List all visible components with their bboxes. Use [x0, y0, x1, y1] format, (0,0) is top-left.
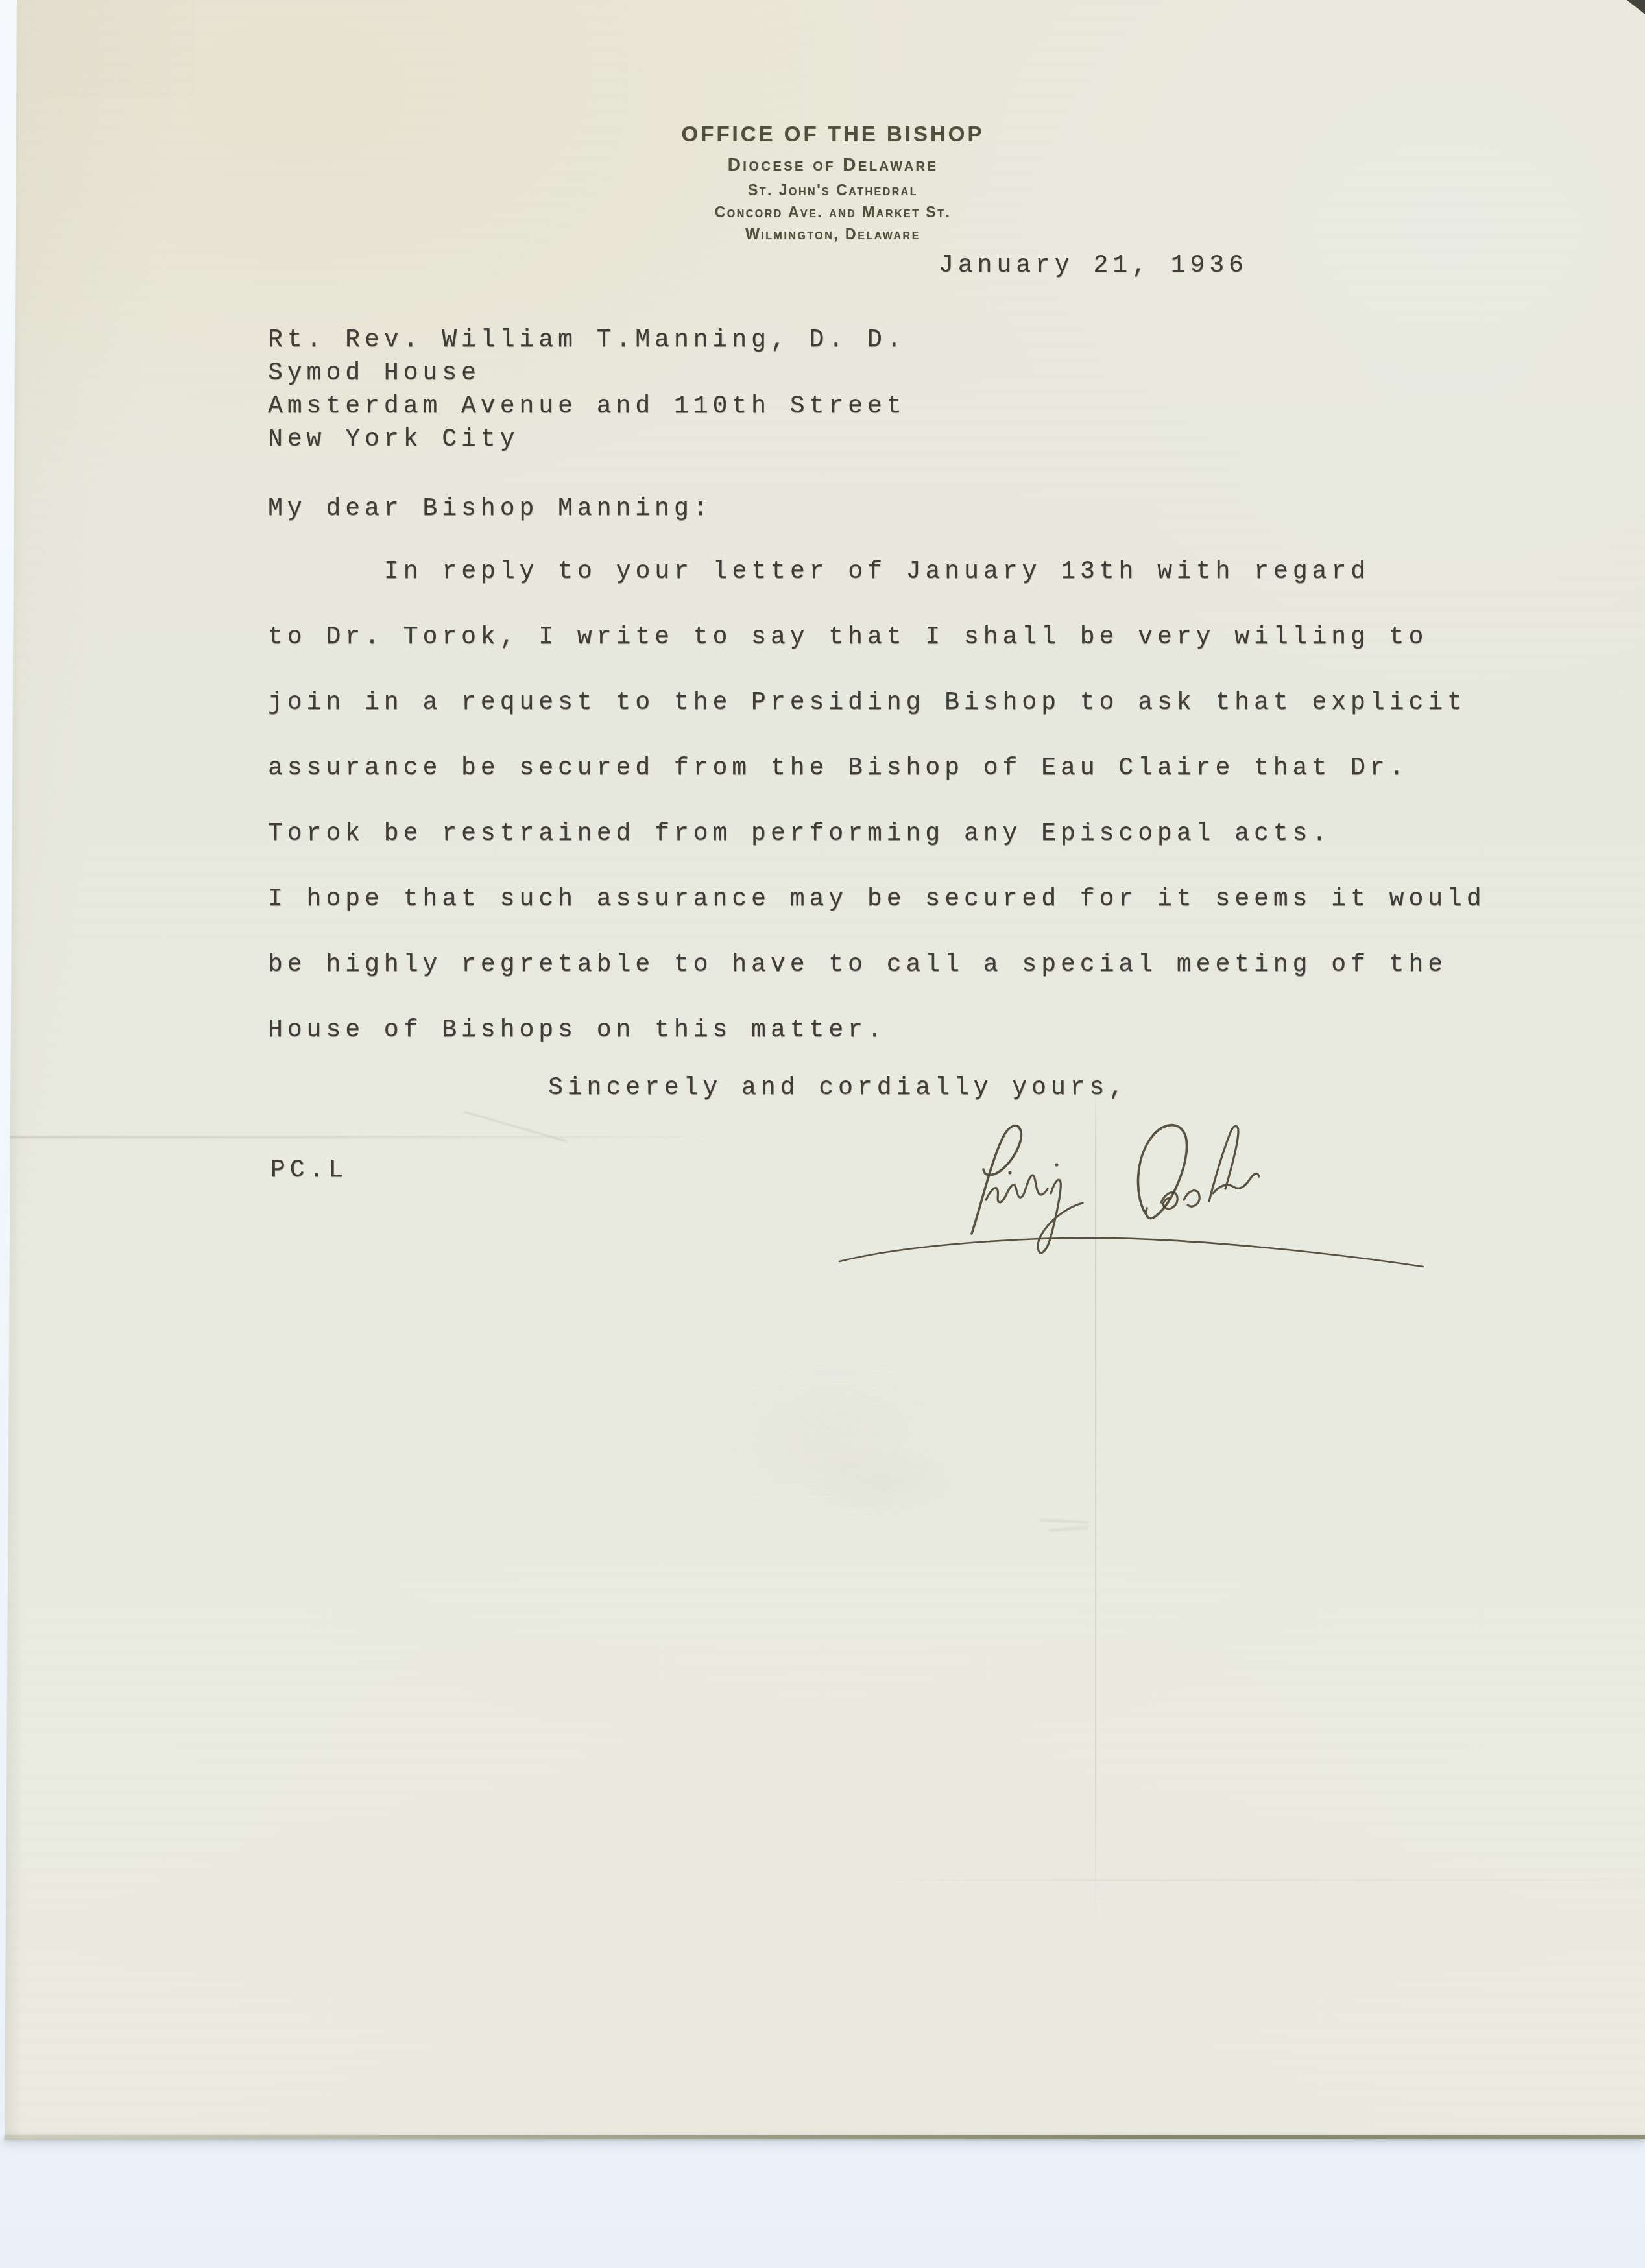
- body-line: Torok be restrained from performing any …: [268, 822, 1331, 846]
- left-edge-shading: [3, 0, 25, 2140]
- paper-bottom-edge-shadow: [5, 2135, 1645, 2139]
- body-line: assurance be secured from the Bishop of …: [268, 756, 1408, 781]
- letterhead-street-line: Concord Ave. and Market St.: [184, 205, 1482, 220]
- typist-initials: PC.L: [270, 1158, 348, 1183]
- horizontal-fold-crease: [0, 1136, 746, 1138]
- recipient-street-line: Amsterdam Avenue and 110th Street: [268, 394, 906, 419]
- letter-paper: OFFICE OF THE BISHOP Diocese of Delaware…: [0, 0, 1645, 2268]
- salutation: My dear Bishop Manning:: [268, 497, 713, 521]
- body-line: to Dr. Torok, I write to say that I shal…: [268, 625, 1428, 650]
- letterhead-city-line: Wilmington, Delaware: [184, 227, 1482, 242]
- ink-ghosting-blob: [778, 1433, 992, 1531]
- date-line: January 21, 1936: [939, 254, 1248, 278]
- recipient-name-line: Rt. Rev. William T.Manning, D. D.: [268, 328, 906, 353]
- body-line: I hope that such assurance may be secure…: [268, 887, 1486, 912]
- scanned-letter-page: { "letterhead": { "line1": "OFFICE OF TH…: [0, 0, 1645, 2268]
- faint-offset-mark: [1037, 1514, 1114, 1540]
- recipient-building-line: Symod House: [268, 361, 481, 386]
- body-line: join in a request to the Presiding Bisho…: [268, 691, 1467, 715]
- letterhead: OFFICE OF THE BISHOP Diocese of Delaware…: [184, 123, 1482, 242]
- body-line: be highly regretable to have to call a s…: [268, 953, 1447, 977]
- body-line: House of Bishops on this matter.: [268, 1018, 887, 1043]
- letterhead-cathedral-line: St. John's Cathedral: [184, 183, 1482, 198]
- lower-horizontal-crease: [869, 1880, 1645, 1881]
- closing-line: Sincerely and cordially yours,: [548, 1076, 1128, 1101]
- letterhead-diocese-line: Diocese of Delaware: [184, 156, 1482, 174]
- signature-underline-flourish: [829, 1228, 1432, 1280]
- recipient-city-line: New York City: [268, 427, 519, 452]
- body-line: In reply to your letter of January 13th …: [384, 560, 1370, 584]
- letterhead-office-line: OFFICE OF THE BISHOP: [184, 123, 1482, 145]
